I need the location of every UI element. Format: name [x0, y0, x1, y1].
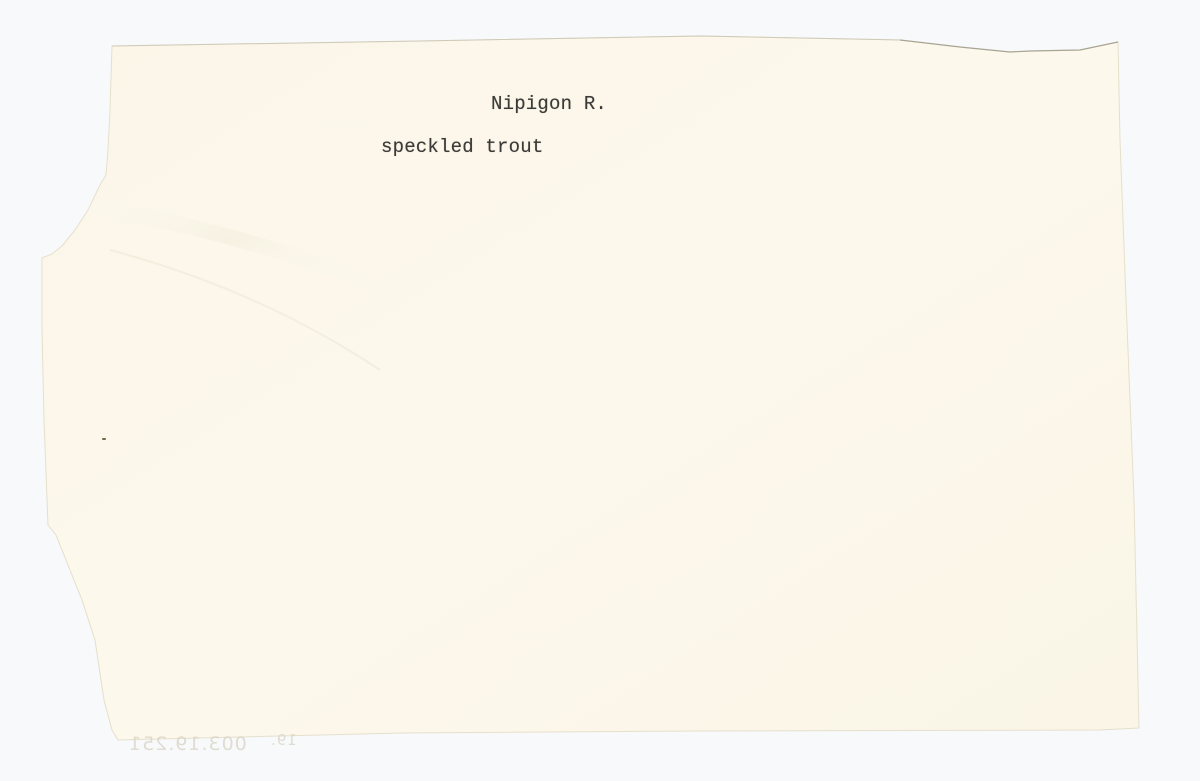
- show-through-folio-mark: 19.: [270, 731, 297, 749]
- scanned-paper-slip: [0, 0, 1200, 781]
- document-heading: Nipigon R.: [491, 93, 607, 115]
- show-through-accession-number: 003.19.251: [128, 733, 247, 755]
- document-subject: speckled trout: [381, 136, 543, 158]
- paper-sheet: [42, 36, 1139, 740]
- ink-speck: [102, 438, 106, 440]
